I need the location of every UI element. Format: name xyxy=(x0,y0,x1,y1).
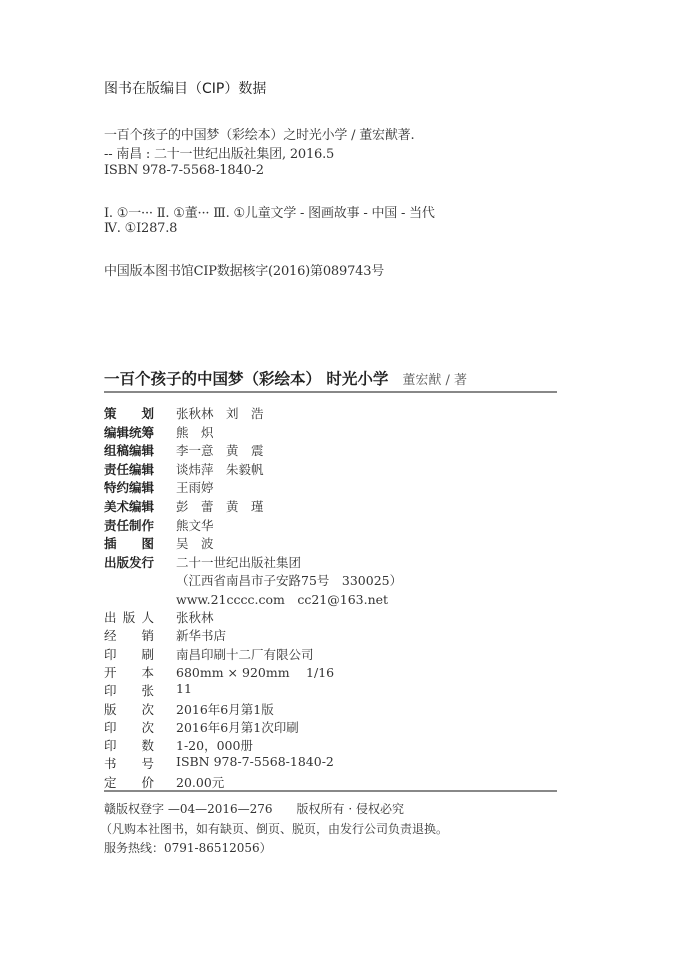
credit-value: 谈炜萍 朱毅帆 xyxy=(176,460,264,478)
credit-value: 新华书店 xyxy=(176,626,226,644)
service-hotline: 服务热线：0791-86512056） xyxy=(104,839,272,856)
credit-label: 书号 xyxy=(104,754,154,772)
credit-value: 熊 炽 xyxy=(176,423,214,441)
credit-value: 2016年6月第1次印刷 xyxy=(176,718,299,736)
credit-label: 印刷 xyxy=(104,645,154,663)
credit-label: 出版发行 xyxy=(104,553,154,571)
book-author: 董宏猷 / 著 xyxy=(402,373,467,388)
credit-value: ISBN 978-7-5568-1840-2 xyxy=(176,754,334,769)
credit-value: 2016年6月第1版 xyxy=(176,700,274,718)
cip-approval-number: 中国版本图书馆CIP数据核字(2016)第089743号 xyxy=(104,260,384,279)
credit-value: 张秋林 xyxy=(176,608,214,626)
cip-classification-line: Ⅰ. ①一··· Ⅱ. ①董··· Ⅲ. ①儿童文学 - 图画故事 - 中国 -… xyxy=(104,202,435,221)
credit-value: 熊文华 xyxy=(176,516,214,534)
credit-value: 11 xyxy=(176,681,192,696)
credit-value: 南昌印刷十二厂有限公司 xyxy=(176,645,314,663)
cip-title-line: 一百个孩子的中国梦（彩绘本）之时光小学 / 董宏猷著. xyxy=(104,124,414,143)
credit-label: 编辑统筹 xyxy=(104,423,154,441)
cip-isbn-line: ISBN 978-7-5568-1840-2 xyxy=(104,163,264,178)
credit-value: 彭 蕾 黄 瑾 xyxy=(176,497,264,515)
credit-value: 1-20，000册 xyxy=(176,736,253,754)
credit-label: 经销 xyxy=(104,626,154,644)
credit-value: 20.00元 xyxy=(176,773,224,791)
cip-classification-line: Ⅳ. ①I287.8 xyxy=(104,221,177,236)
book-title: 一百个孩子的中国梦（彩绘本） 时光小学 xyxy=(104,370,388,388)
cip-heading: 图书在版编目（CIP）数据 xyxy=(104,78,266,98)
credit-label: 印张 xyxy=(104,681,154,699)
credit-label: 印次 xyxy=(104,718,154,736)
credit-label: 版次 xyxy=(104,700,154,718)
credit-value: 二十一世纪出版社集团 xyxy=(176,553,301,571)
credit-value: www.21cccc.com cc21@163.net xyxy=(176,590,388,608)
credit-label: 责任制作 xyxy=(104,516,154,534)
cip-publisher-line: -- 南昌 : 二十一世纪出版社集团, 2016.5 xyxy=(104,143,334,162)
copyright-line: 赣版权登字 —04—2016—276 版权所有 · 侵权必究 xyxy=(104,800,404,817)
credit-label: 定价 xyxy=(104,773,154,791)
credit-label: 策划 xyxy=(104,404,154,422)
credit-label: 组稿编辑 xyxy=(104,441,154,459)
credit-label: 出版人 xyxy=(104,608,154,626)
credit-label: 美术编辑 xyxy=(104,497,154,515)
credit-label: 开本 xyxy=(104,663,154,681)
return-notice: （凡购本社图书，如有缺页、倒页、脱页，由发行公司负责退换。 xyxy=(100,820,448,837)
credit-value: （江西省南昌市子安路75号 330025） xyxy=(176,571,402,589)
credit-value: 吴 波 xyxy=(176,534,214,552)
credit-label: 特约编辑 xyxy=(104,478,154,496)
credit-value: 李一意 黄 震 xyxy=(176,441,264,459)
credit-value: 王雨婷 xyxy=(176,478,214,496)
credit-label: 插图 xyxy=(104,534,154,552)
credit-value: 张秋林 刘 浩 xyxy=(176,404,264,422)
book-title-row: 一百个孩子的中国梦（彩绘本） 时光小学董宏猷 / 著 xyxy=(104,367,467,389)
credit-value: 680mm × 920mm 1/16 xyxy=(176,663,334,681)
credit-label: 印数 xyxy=(104,736,154,754)
divider-top xyxy=(104,391,557,393)
divider-bottom xyxy=(104,790,557,792)
credit-label: 责任编辑 xyxy=(104,460,154,478)
